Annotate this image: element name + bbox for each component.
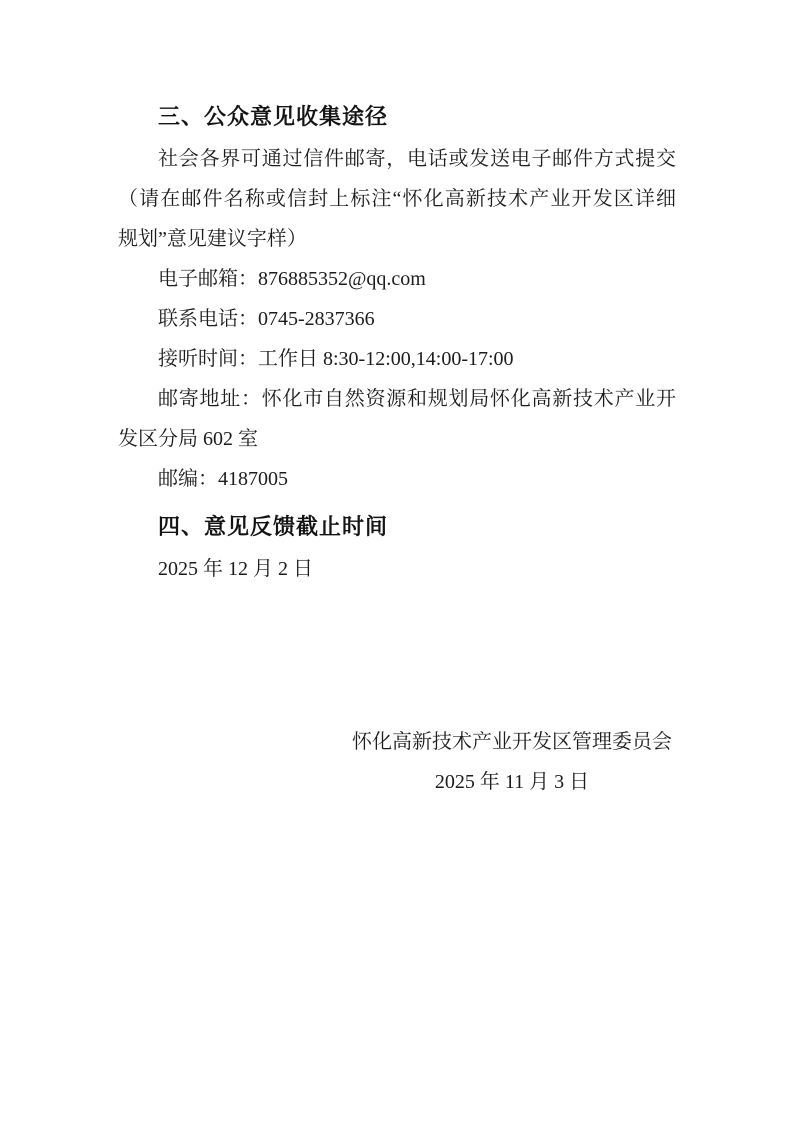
mailing-address-line-1: 邮寄地址：怀化市自然资源和规划局怀化高新技术产业开	[118, 379, 676, 419]
intro-paragraph-line-1: 社会各界可通过信件邮寄，电话或发送电子邮件方式提交	[118, 139, 676, 179]
signature-block: 怀化高新技术产业开发区管理委员会 2025 年 11 月 3 日	[352, 722, 672, 802]
deadline-date-line: 2025 年 12 月 2 日	[118, 549, 676, 589]
postcode-line: 邮编：4187005	[118, 459, 676, 499]
signature-organization: 怀化高新技术产业开发区管理委员会	[352, 722, 672, 762]
intro-paragraph-line-2: （请在邮件名称或信封上标注“怀化高新技术产业开发区详细	[118, 179, 676, 219]
email-line: 电子邮箱：876885352@qq.com	[118, 259, 676, 299]
intro-paragraph-line-3: 规划”意见建议字样）	[118, 219, 676, 259]
section-heading-feedback-deadline: 四、意见反馈截止时间	[118, 507, 676, 547]
mailing-address-line-2: 发区分局 602 室	[118, 419, 676, 459]
notice-body: 三、公众意见收集途径 社会各界可通过信件邮寄，电话或发送电子邮件方式提交 （请在…	[118, 97, 676, 589]
office-hours-line: 接听时间：工作日 8:30-12:00,14:00-17:00	[118, 339, 676, 379]
section-heading-collection-methods: 三、公众意见收集途径	[118, 97, 676, 137]
phone-line: 联系电话：0745-2837366	[118, 299, 676, 339]
signature-date: 2025 年 11 月 3 日	[352, 762, 672, 802]
document-page: 三、公众意见收集途径 社会各界可通过信件邮寄，电话或发送电子邮件方式提交 （请在…	[0, 0, 793, 1122]
